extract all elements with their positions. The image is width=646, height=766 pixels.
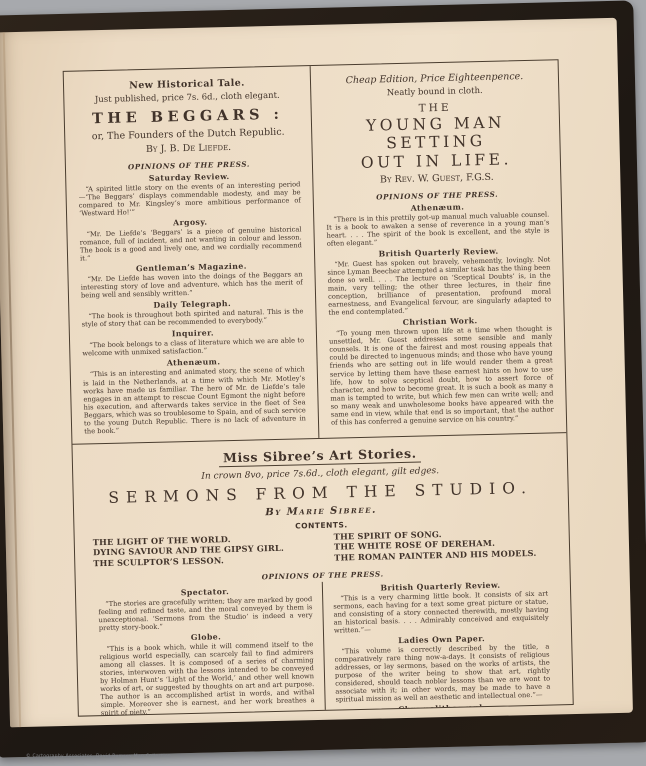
- press-review: Inquirer. “The book belongs to a class o…: [82, 327, 305, 358]
- beggars-advert: New Historical Tale. Just published, pri…: [64, 66, 320, 443]
- gutter-crease: [3, 32, 21, 727]
- young-man-byline: By Rev. W. Guest, F.G.S.: [325, 170, 548, 186]
- contents-list-right: THE SPIRIT OF SONG. THE WHITE ROSE OF DE…: [322, 526, 558, 563]
- review-source: Standard.: [101, 715, 315, 716]
- book-cover: New Historical Tale. Just published, pri…: [0, 0, 646, 757]
- review-text: “Will fascinate all who read it. The aim…: [336, 712, 552, 717]
- young-man-publine: Neatly bound in cloth.: [323, 84, 546, 99]
- young-man-title-line3: OUT IN LIFE.: [325, 149, 548, 172]
- sermons-reviews-row: Spectator. “The stories are gracefully w…: [88, 576, 562, 717]
- book-page: New Historical Tale. Just published, pri…: [0, 18, 633, 727]
- press-review: British Quarterly Review. “Mr. Guest has…: [327, 246, 551, 317]
- young-man-advert: Cheap Edition, Price Eighteenpence. Neat…: [311, 60, 567, 437]
- review-source: Chromolithograph.: [336, 702, 551, 716]
- sermons-series-title: Miss Sibree’s Art Stories.: [219, 445, 421, 467]
- review-text: “Mr. De Liefde has woven into the doings…: [81, 271, 304, 300]
- young-man-title-line2: YOUNG MAN SETTING: [324, 112, 548, 153]
- sermons-advert: Miss Sibree’s Art Stories. In crown 8vo,…: [72, 433, 573, 717]
- press-review: Spectator. “The stories are gracefully w…: [98, 585, 313, 632]
- review-text: “Mr. Guest has spoken out bravely, vehem…: [327, 256, 551, 317]
- sermons-reviews-right: British Quarterly Review. “This is a ver…: [323, 576, 562, 717]
- review-text: “This is a book which, while it will com…: [99, 640, 315, 717]
- press-review: Athenæum. “There is in this prettily got…: [326, 200, 550, 247]
- review-text: “To young men thrown upon life at a time…: [329, 325, 554, 427]
- review-text: “A spirited little story on the events o…: [78, 180, 301, 217]
- press-review: Saturday Review. “A spirited little stor…: [78, 170, 301, 217]
- press-review: Chromolithograph. “Will fascinate all wh…: [336, 702, 552, 717]
- advert-border-frame: New Historical Tale. Just published, pri…: [63, 59, 574, 717]
- press-review: Standard. “The stories, or parables, are…: [101, 715, 316, 716]
- press-review: Ladies Own Paper. “This volume is correc…: [334, 632, 551, 703]
- press-review: Athenæum. “This is an interesting and an…: [83, 356, 307, 435]
- review-text: “There is in this prettily got-up manual…: [326, 210, 550, 247]
- press-review: Gentleman’s Magazine. “Mr. De Liefde has…: [80, 261, 303, 300]
- top-adverts-row: New Historical Tale. Just published, pri…: [64, 60, 567, 444]
- press-review: Daily Telegraph. “The book is throughout…: [81, 298, 304, 329]
- press-review: Globe. “This is a book which, while it w…: [99, 630, 315, 717]
- review-text: “This is an interesting and animated sto…: [83, 366, 306, 435]
- beggars-publine: Just published, price 7s. 6d., cloth ele…: [76, 90, 298, 105]
- contents-list-left: THE LIGHT OF THE WORLD. DYING SAVIOUR AN…: [87, 532, 323, 569]
- scanner-background: { "palette":{"background":"#a7a9ad","cov…: [0, 0, 646, 766]
- beggars-title: THE BEGGARS :: [77, 105, 299, 127]
- press-review: Christian Work. “To young men thrown upo…: [329, 315, 554, 427]
- review-text: “This volume is correctly described by t…: [334, 642, 550, 703]
- press-review: Argosy. “Mr. De Liefde’s ‘Beggars’ is a …: [79, 215, 302, 262]
- review-text: “Mr. De Liefde’s ‘Beggars’ is a piece of…: [79, 225, 302, 262]
- collection-watermark: © Cartography Associates, David Rumsey M…: [26, 754, 171, 759]
- review-text: “This is a very charming little book. It…: [333, 589, 549, 634]
- review-text: “The stories are gracefully written; the…: [98, 595, 313, 632]
- press-review: British Quarterly Review. “This is a ver…: [333, 579, 549, 634]
- beggars-byline: By J. B. De Liefde.: [77, 140, 299, 156]
- sermons-reviews-left: Spectator. “The stories are gracefully w…: [88, 582, 327, 717]
